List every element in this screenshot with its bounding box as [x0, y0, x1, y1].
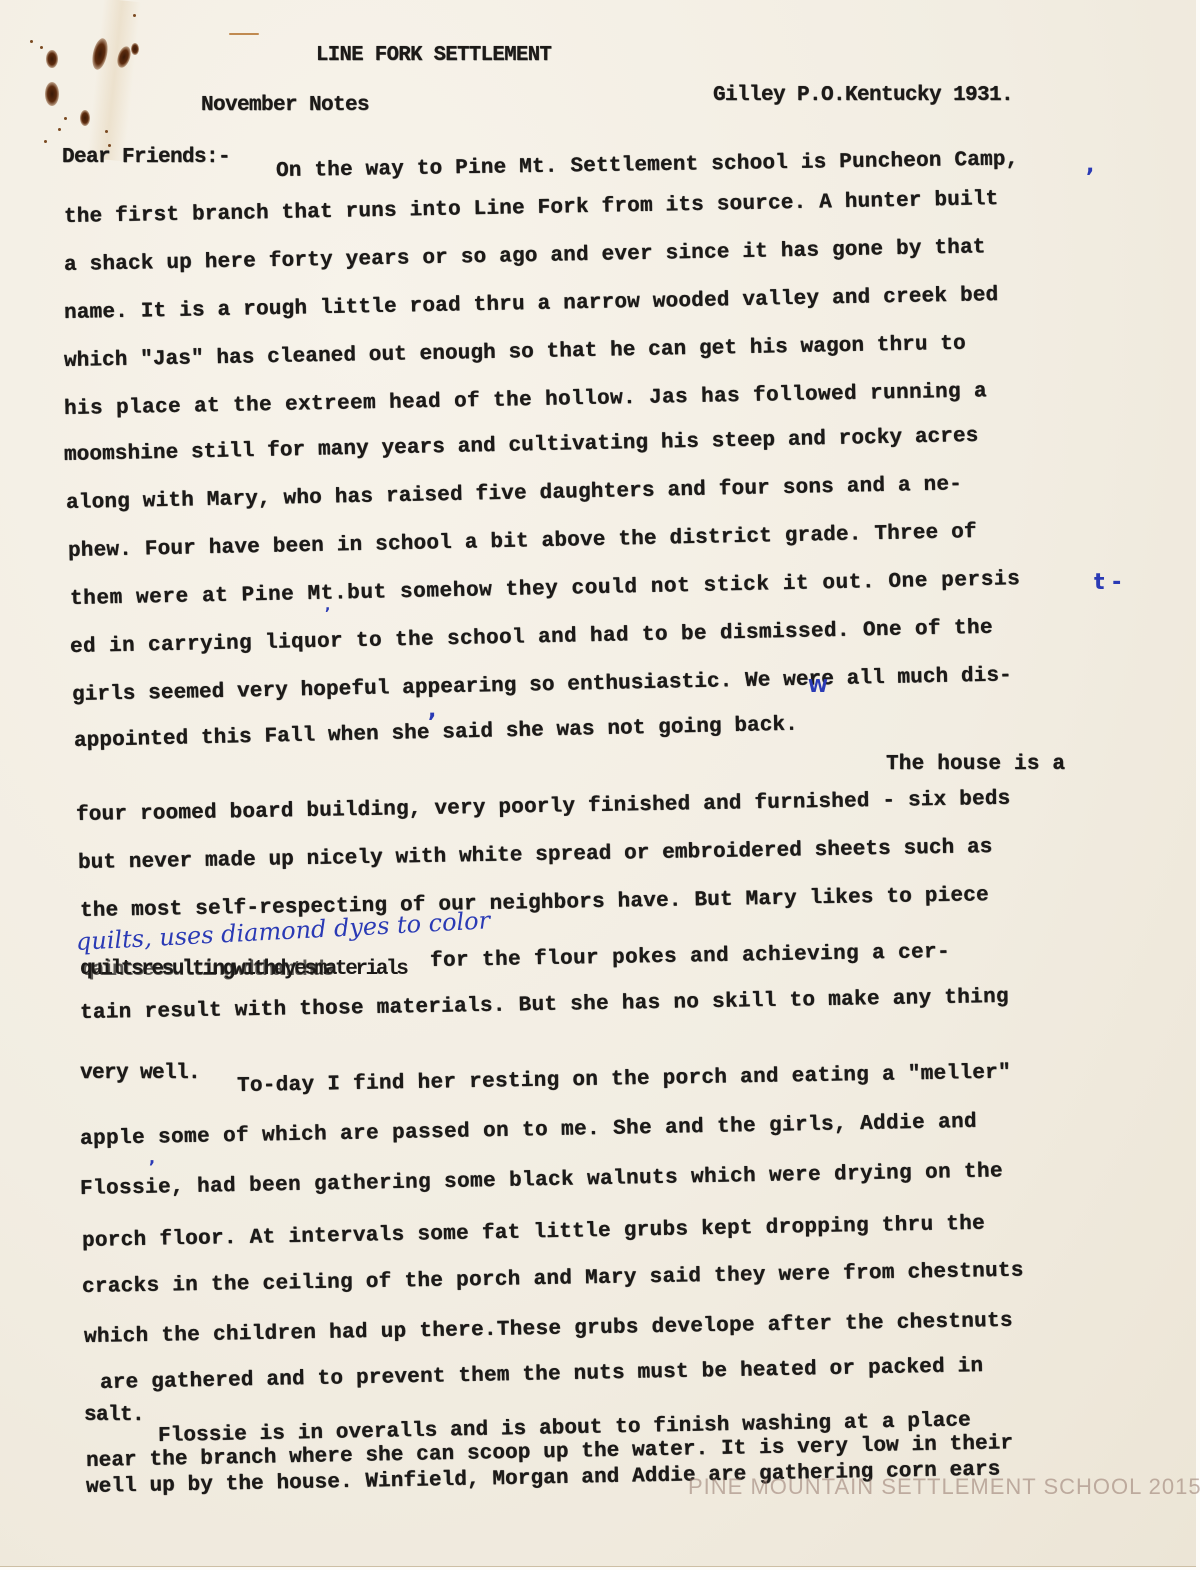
location-date: Gilley P.O.Kentucky 1931. — [713, 84, 1013, 107]
ink-comma-mark: , — [1086, 153, 1094, 178]
body-line: very well. — [80, 1062, 200, 1085]
document-heading: LINE FORK SETTLEMENT — [316, 44, 551, 67]
speck — [133, 14, 136, 17]
ink-capital-w-mark: W — [808, 676, 828, 697]
ink-hyphen-correction: t - — [1094, 570, 1121, 595]
ink-comma-mark: , — [428, 698, 436, 723]
speck — [64, 117, 67, 120]
rust-spot — [45, 82, 59, 106]
rust-spot — [80, 110, 90, 126]
archive-watermark: PINE MOUNTAIN SETTLEMENT SCHOOL 2015 — [688, 1474, 1200, 1500]
ink-comma-mark: , — [325, 598, 330, 614]
scan-edge — [1196, 0, 1200, 1570]
speck — [40, 46, 43, 49]
overtyped-text-layer: qaintseesultingwdthamthds — [82, 959, 332, 982]
speck — [229, 33, 259, 35]
salutation: Dear Friends:- — [62, 146, 230, 169]
ink-comma-mark: , — [149, 1148, 155, 1167]
rust-spot — [131, 43, 139, 55]
speck — [58, 128, 61, 131]
speck — [44, 140, 47, 143]
speck — [30, 40, 33, 43]
body-line: salt. — [84, 1404, 144, 1427]
body-line: The house is a — [886, 753, 1065, 776]
speck — [105, 130, 108, 133]
document-subheading: November Notes — [201, 94, 369, 117]
rust-spot — [46, 50, 58, 68]
